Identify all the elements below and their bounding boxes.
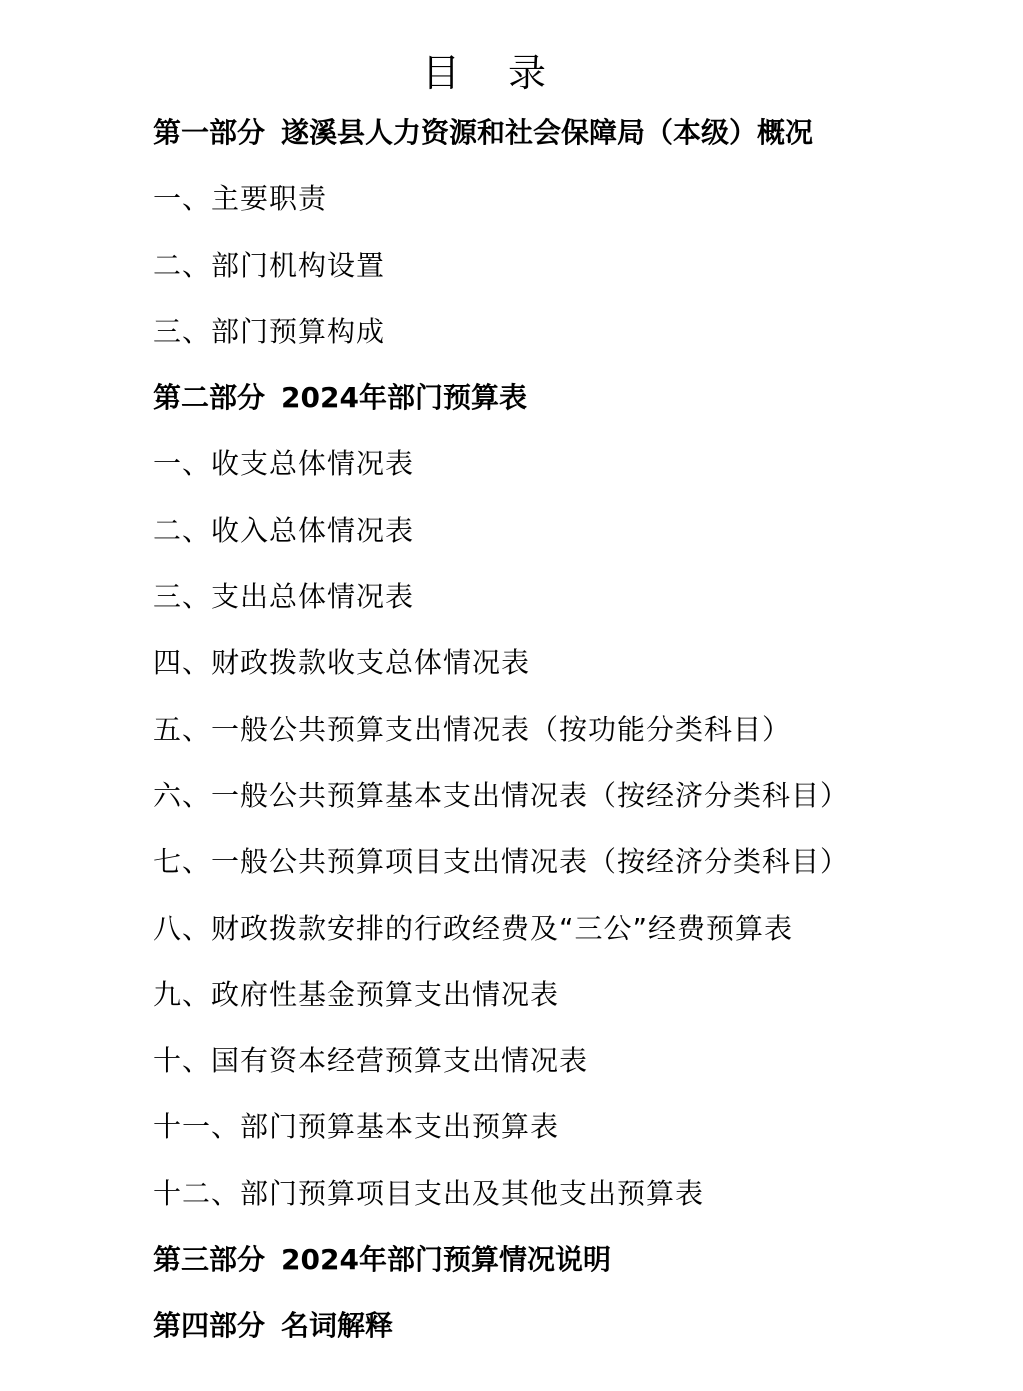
toc-part-3: 第三部分2024年部门预算情况说明 [153, 1237, 953, 1303]
toc-item-title: 一般公共预算支出情况表（按功能分类科目） [211, 713, 791, 746]
toc-item-title: 财政拨款安排的行政经费及“三公”经费预算表 [211, 912, 793, 945]
toc-item-title: 部门机构设置 [211, 249, 385, 282]
toc-part-title: 2024年部门预算表 [281, 381, 527, 414]
toc-item-number: 一、 [153, 182, 211, 215]
toc-part-label: 第三部分 [153, 1243, 265, 1276]
toc-item: 一、收支总体情况表 [153, 441, 953, 507]
toc-item: 四、财政拨款收支总体情况表 [153, 640, 953, 706]
toc-part-title: 2024年部门预算情况说明 [281, 1243, 611, 1276]
toc-item: 一、主要职责 [153, 176, 953, 242]
toc-part-label: 第一部分 [153, 116, 265, 149]
toc-item-title: 部门预算基本支出预算表 [240, 1110, 559, 1143]
toc-item-title: 主要职责 [211, 182, 327, 215]
toc-item: 十、国有资本经营预算支出情况表 [153, 1038, 953, 1104]
table-of-contents: 第一部分遂溪县人力资源和社会保障局（本级）概况 一、主要职责 二、部门机构设置 … [153, 110, 953, 1370]
toc-item-title: 支出总体情况表 [211, 580, 414, 613]
toc-item-number: 十、 [153, 1044, 211, 1077]
toc-part-1: 第一部分遂溪县人力资源和社会保障局（本级）概况 [153, 110, 953, 176]
toc-item-number: 七、 [153, 845, 211, 878]
toc-item-number: 九、 [153, 978, 211, 1011]
toc-item: 二、部门机构设置 [153, 243, 953, 309]
toc-item: 三、部门预算构成 [153, 309, 953, 375]
toc-item-title: 收入总体情况表 [211, 514, 414, 547]
toc-item-number: 五、 [153, 713, 211, 746]
toc-item: 九、政府性基金预算支出情况表 [153, 972, 953, 1038]
toc-item: 八、财政拨款安排的行政经费及“三公”经费预算表 [153, 906, 953, 972]
toc-item-title: 部门预算构成 [211, 315, 385, 348]
toc-item-number: 十一、 [153, 1110, 240, 1143]
toc-part-title: 名词解释 [281, 1309, 393, 1342]
toc-item: 七、一般公共预算项目支出情况表（按经济分类科目） [153, 839, 953, 905]
toc-item-number: 十二、 [153, 1177, 240, 1210]
toc-item: 二、收入总体情况表 [153, 508, 953, 574]
toc-item-title: 部门预算项目支出及其他支出预算表 [240, 1177, 704, 1210]
toc-item: 五、一般公共预算支出情况表（按功能分类科目） [153, 707, 953, 773]
toc-item-number: 一、 [153, 447, 211, 480]
toc-item: 六、一般公共预算基本支出情况表（按经济分类科目） [153, 773, 953, 839]
toc-item-title: 国有资本经营预算支出情况表 [211, 1044, 588, 1077]
toc-item-title: 政府性基金预算支出情况表 [211, 978, 559, 1011]
toc-item-title: 一般公共预算项目支出情况表（按经济分类科目） [211, 845, 849, 878]
toc-item-number: 二、 [153, 249, 211, 282]
toc-item-title: 一般公共预算基本支出情况表（按经济分类科目） [211, 779, 849, 812]
toc-item: 三、支出总体情况表 [153, 574, 953, 640]
toc-part-4: 第四部分名词解释 [153, 1303, 953, 1369]
toc-part-title: 遂溪县人力资源和社会保障局（本级）概况 [281, 116, 813, 149]
document-title: 目 录 [0, 45, 986, 101]
toc-part-label: 第四部分 [153, 1309, 265, 1342]
toc-item-number: 四、 [153, 646, 211, 679]
toc-item-title: 收支总体情况表 [211, 447, 414, 480]
toc-item-number: 八、 [153, 912, 211, 945]
toc-item-number: 六、 [153, 779, 211, 812]
toc-item-title: 财政拨款收支总体情况表 [211, 646, 530, 679]
toc-item: 十一、部门预算基本支出预算表 [153, 1104, 953, 1170]
toc-item: 十二、部门预算项目支出及其他支出预算表 [153, 1171, 953, 1237]
toc-item-number: 二、 [153, 514, 211, 547]
toc-part-2: 第二部分2024年部门预算表 [153, 375, 953, 441]
toc-item-number: 三、 [153, 580, 211, 613]
toc-item-number: 三、 [153, 315, 211, 348]
toc-part-label: 第二部分 [153, 381, 265, 414]
